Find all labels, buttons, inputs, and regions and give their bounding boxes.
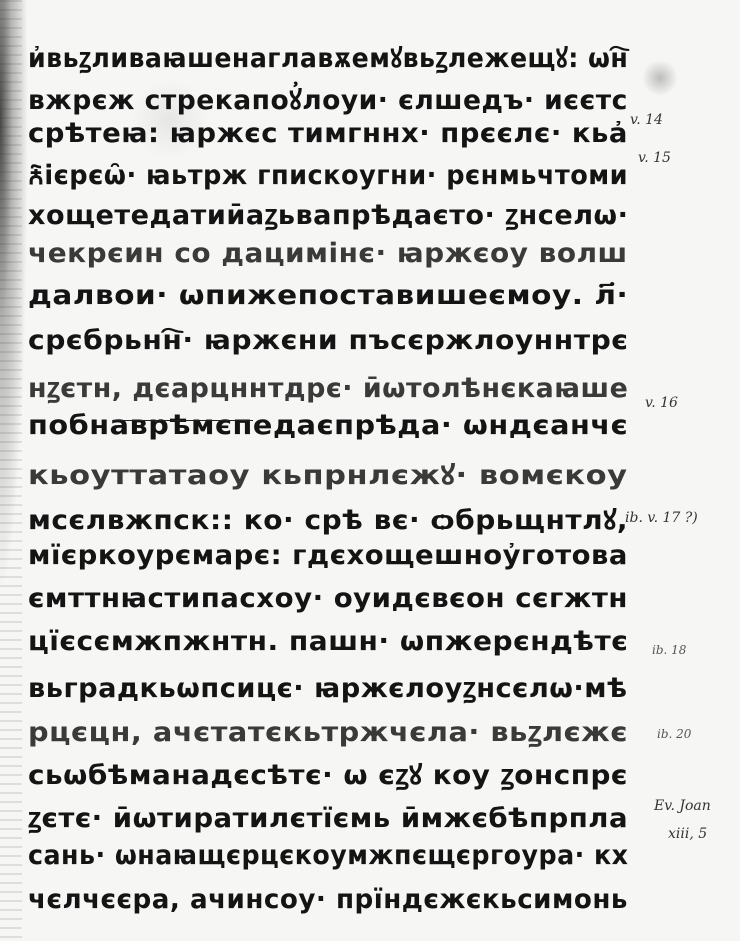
manuscript-line-1: и҆вьꙁливаꙗшенаглавѫемꙋвьꙁлежещꙋ: ѡн҇ bbox=[28, 38, 628, 75]
margin-note-20: ib. 20 bbox=[657, 727, 691, 741]
margin-note-v16: v. 16 bbox=[645, 395, 678, 411]
manuscript-line-11: кьоуттатаоу кьпрнлєжꙋ· вомєкоу bbox=[28, 455, 628, 492]
binding-gutter-shadow bbox=[0, 0, 22, 941]
margin-note-v17: ib. v. 17 ?) bbox=[625, 510, 698, 526]
manuscript-line-16: вьградкьѡпсицє· ꙗржєлоуꙁнсєлѡ·мѣ bbox=[28, 668, 628, 705]
margin-note-chapter-ref: xiii, 5 bbox=[668, 826, 707, 842]
manuscript-line-14: ємттнꙗстипасхоу· оуидєвєон сєгжтн bbox=[28, 583, 628, 614]
manuscript-line-17: рцєцн, ачєтатєкьтржчєла· вьꙁлєжє bbox=[28, 712, 628, 749]
manuscript-line-7: далвои· ѡпижепоставишеємоу. л҃· bbox=[28, 280, 628, 311]
manuscript-line-9: нꙁєтн, дєарцннтдрє· ӣѡтолѣнєкаꙗше bbox=[28, 368, 628, 405]
manuscript-page: и҆вьꙁливаꙗшенаглавѫемꙋвьꙁлежещꙋ: ѡн҇ вжр… bbox=[0, 0, 740, 941]
margin-note-ev-joan: Ev. Joan bbox=[654, 798, 711, 814]
manuscript-line-2: вжрєж стрекапоꙋ҆лоуи· єлшедъ· иєєтс bbox=[28, 80, 628, 117]
manuscript-line-21: чєлчєєра, ачинсоу· прїндєжєкьсимонь bbox=[28, 884, 628, 915]
manuscript-line-8: срєбрьнн҇· ꙗржєни пъсєржлоуннтрє bbox=[28, 325, 629, 356]
margin-note-18: ib. 18 bbox=[652, 643, 686, 657]
margin-note-v15: v. 15 bbox=[638, 150, 671, 166]
underline-rule bbox=[113, 420, 253, 421]
manuscript-line-19: ꙁєтє· ӣѡтиратилєтїємь ӣмжєбѣпрпла bbox=[28, 798, 628, 835]
manuscript-line-3: срѣтеꙗ: ꙗржєс тимгннх· прєєлє· кьа҆ bbox=[28, 118, 628, 149]
manuscript-line-6: чекрєин со дацимінє· ꙗржєоу волш bbox=[28, 238, 628, 269]
manuscript-line-12: мсєлвжпск:: ко· срѣ вє· ѻбрьщнтлꙋ, bbox=[28, 500, 628, 537]
manuscript-line-5: хощетедатиӣаꙁьвапрѣдаєто· ꙁнселѡ· bbox=[28, 195, 628, 232]
manuscript-line-4: ꙉ҇ієрєѡ̑· ꙗьтрж гпискоугни· рєнмьчтоми bbox=[28, 155, 628, 192]
manuscript-line-10: побнаврѣмєпедаєпрѣда· ѡндєанчє bbox=[28, 410, 628, 441]
manuscript-line-15: цїєсємжпжнтн. пашн· ѡпжерєндѣтє bbox=[28, 626, 628, 657]
manuscript-line-13: мїєркоурємарє: гдєхощешноу҆готова bbox=[28, 540, 628, 571]
manuscript-line-18: сьѡбѣманадєсѣтє· ѡ єꙁꙋ коу ꙁонспрє bbox=[28, 755, 628, 792]
margin-note-v14: v. 14 bbox=[630, 112, 663, 128]
manuscript-line-20: сань· ѡнаꙗщєрцєкоумжпєщєргоура· кх bbox=[28, 840, 628, 871]
